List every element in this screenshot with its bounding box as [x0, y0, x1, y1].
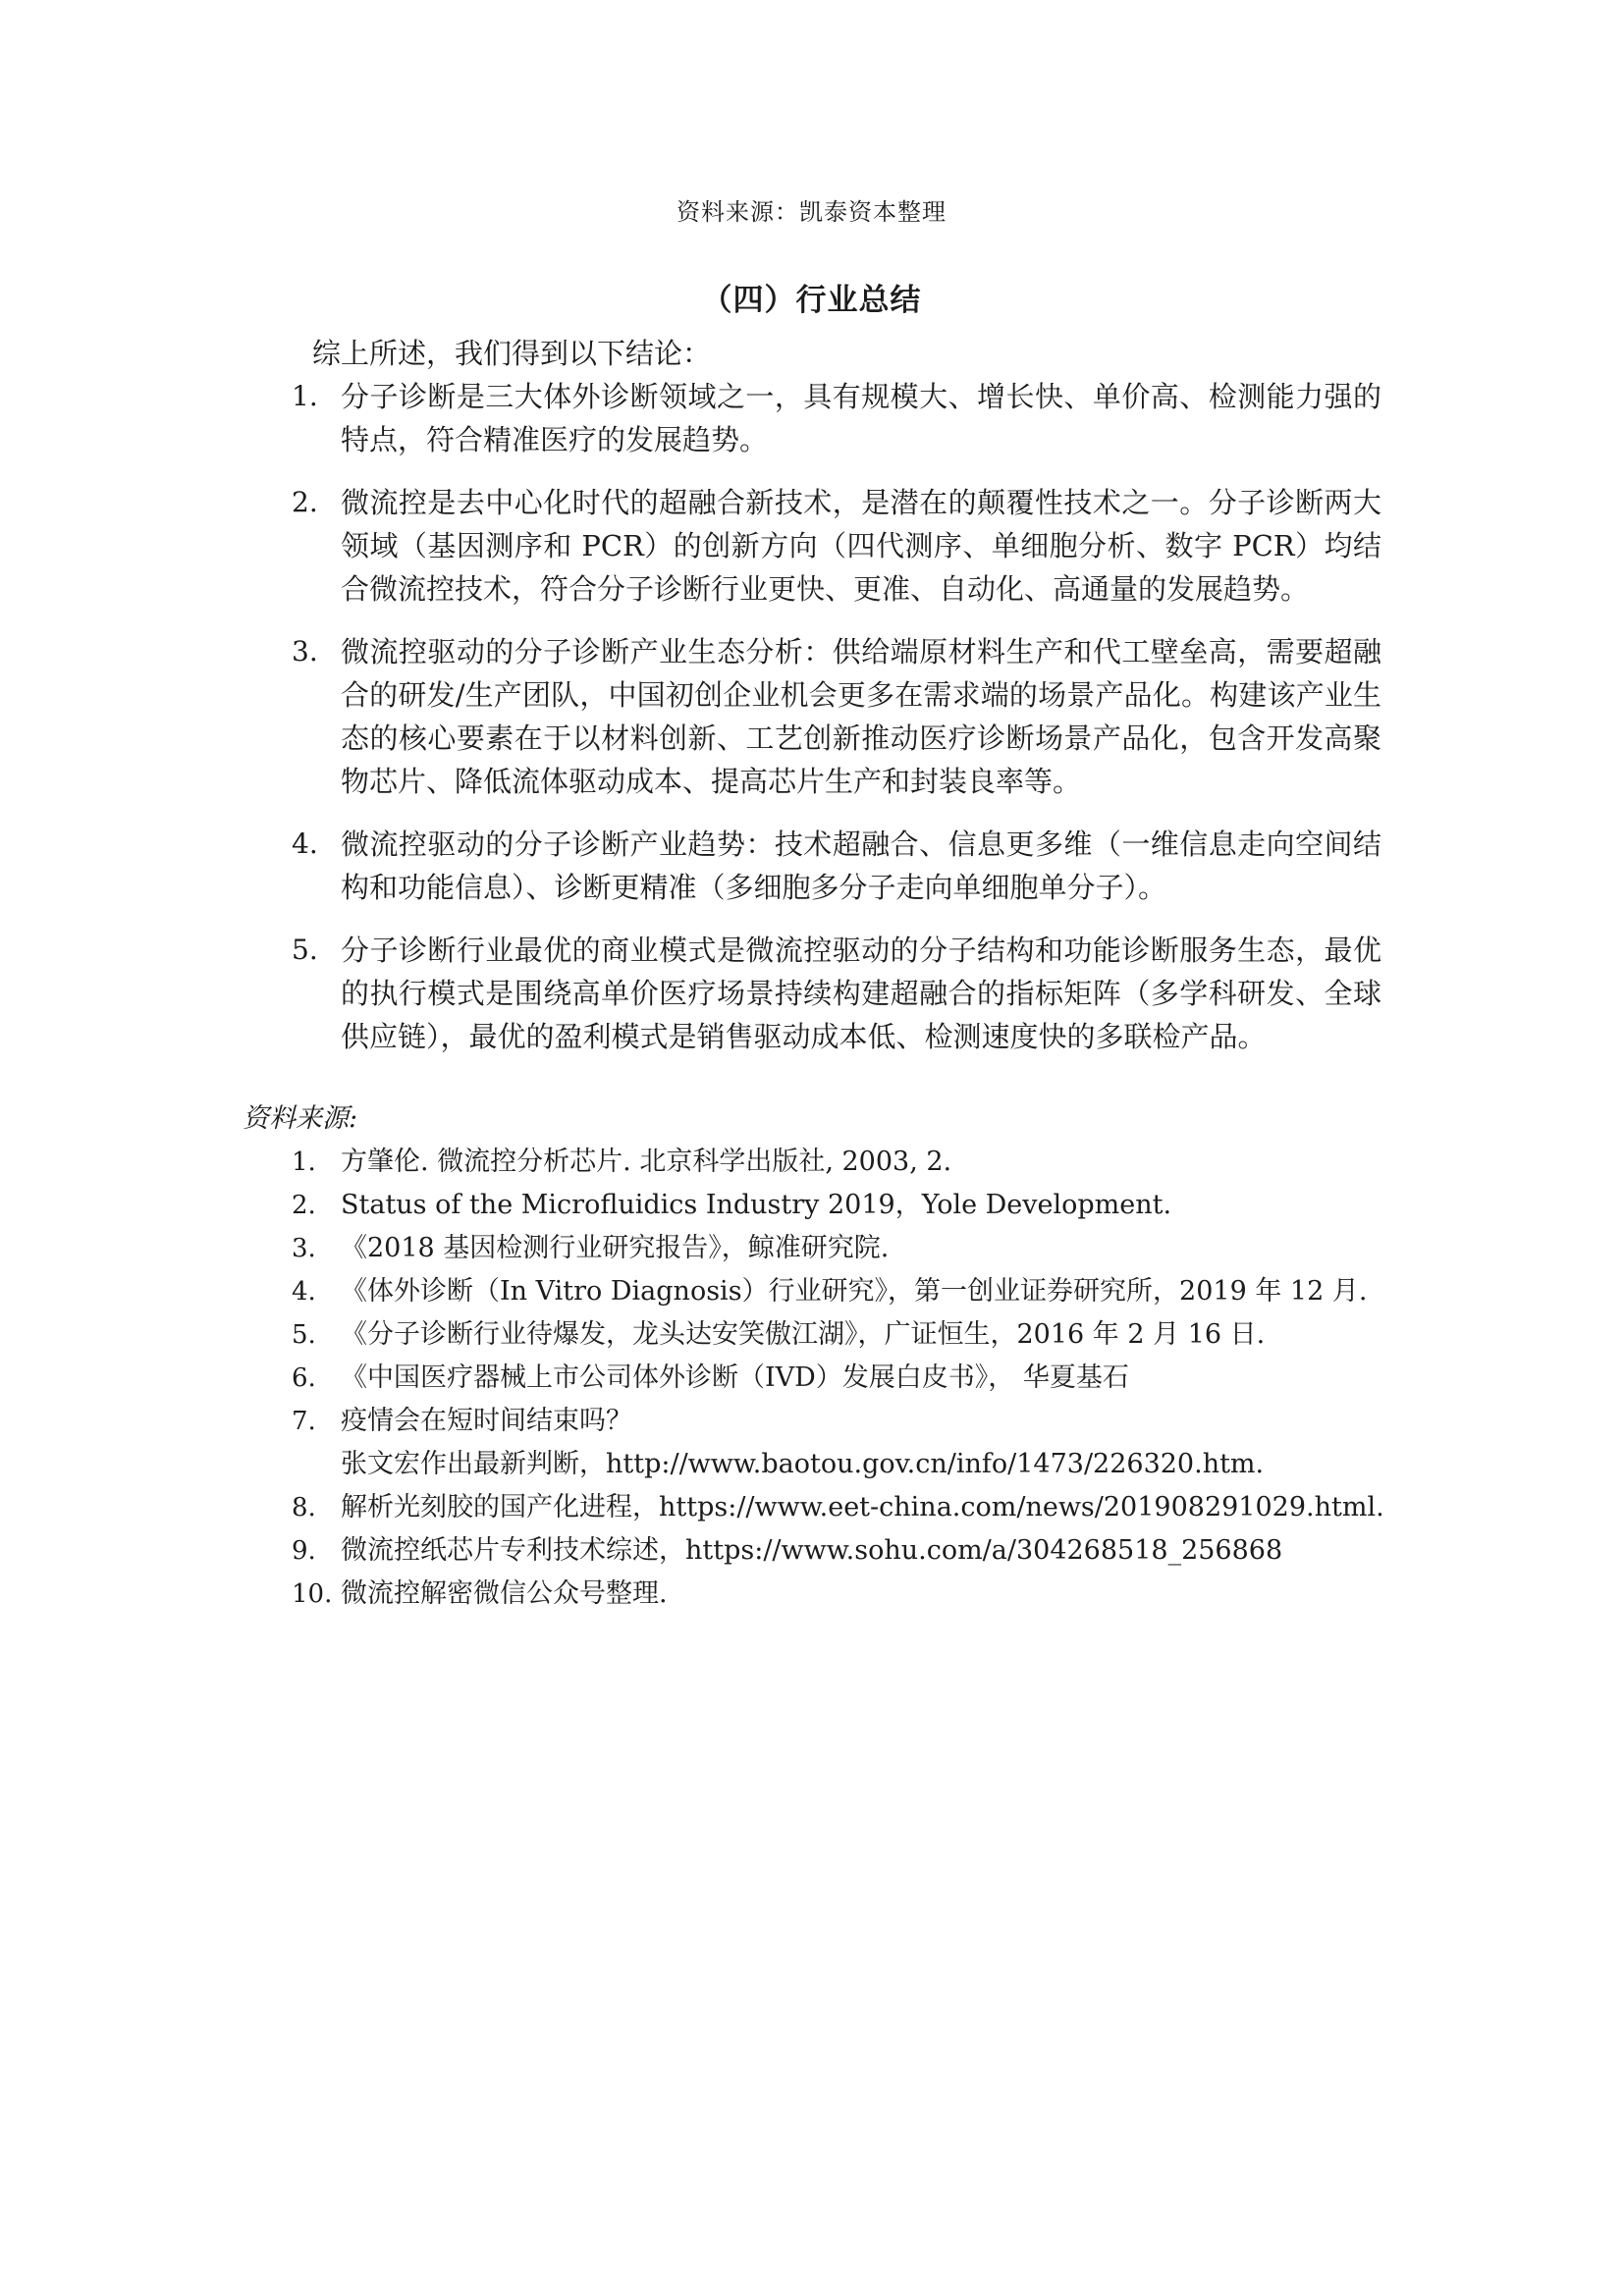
text-block: 资料来源：凯泰资本整理 （四）行业总结 综上所述，我们得到以下结论： 1. 分子… [0, 0, 1624, 1616]
intro-paragraph: 综上所述，我们得到以下结论： [229, 332, 1394, 375]
reference-item-1: 1. 方肇伦. 微流控分析芯片. 北京科学出版社, 2003, 2. [229, 1141, 1394, 1184]
reference-list: 1. 方肇伦. 微流控分析芯片. 北京科学出版社, 2003, 2. 2. St… [229, 1141, 1394, 1616]
list-number: 1. [292, 1141, 316, 1184]
list-number: 3. [292, 630, 318, 673]
reference-item-8: 8. 解析光刻胶的国产化进程，https://www.eet-china.com… [229, 1486, 1394, 1529]
conclusion-text: 分子诊断行业最优的商业模式是微流控驱动的分子结构和功能诊断服务生态，最优的执行模… [341, 929, 1381, 1058]
reference-item-2: 2. Status of the Microfluidics Industry … [229, 1184, 1394, 1227]
conclusion-text: 微流控是去中心化时代的超融合新技术，是潜在的颠覆性技术之一。分子诊断两大领域（基… [341, 481, 1381, 611]
list-number: 2. [292, 1184, 316, 1227]
list-number: 5. [292, 929, 318, 972]
reference-item-10: 10. 微流控解密微信公众号整理. [229, 1573, 1394, 1616]
reference-text: 解析光刻胶的国产化进程，https://www.eet-china.com/ne… [341, 1486, 1394, 1529]
reference-text: 疫情会在短时间结束吗？ [341, 1400, 1394, 1443]
list-number: 3. [292, 1227, 316, 1270]
conclusion-item-2: 2. 微流控是去中心化时代的超融合新技术，是潜在的颠覆性技术之一。分子诊断两大领… [229, 481, 1394, 611]
list-number: 6. [292, 1357, 316, 1400]
reference-text: 方肇伦. 微流控分析芯片. 北京科学出版社, 2003, 2. [341, 1141, 1394, 1184]
list-number: 10. [292, 1573, 332, 1616]
reference-item-5: 5. 《分子诊断行业待爆发，龙头达安笑傲江湖》，广证恒生，2016 年 2 月 … [229, 1313, 1394, 1357]
conclusion-list: 1. 分子诊断是三大体外诊断领域之一，具有规模大、增长快、单价高、检测能力强的特… [229, 375, 1394, 1058]
section-heading: （四）行业总结 [229, 277, 1394, 324]
reference-text: 《2018 基因检测行业研究报告》，鲸准研究院. [341, 1227, 1394, 1270]
document-page: 资料来源：凯泰资本整理 （四）行业总结 综上所述，我们得到以下结论： 1. 分子… [0, 0, 1624, 2296]
list-number: 2. [292, 481, 318, 524]
figure-source-caption: 资料来源：凯泰资本整理 [229, 192, 1394, 232]
list-number: 5. [292, 1313, 316, 1357]
reference-url: 张文宏作出最新判断，http://www.baotou.gov.cn/info/… [341, 1443, 1394, 1486]
reference-text: 微流控解密微信公众号整理. [341, 1573, 1394, 1616]
references-label: 资料来源: [243, 1097, 1394, 1141]
conclusion-item-4: 4. 微流控驱动的分子诊断产业趋势：技术超融合、信息更多维（一维信息走向空间结构… [229, 823, 1394, 909]
conclusion-item-5: 5. 分子诊断行业最优的商业模式是微流控驱动的分子结构和功能诊断服务生态，最优的… [229, 929, 1394, 1058]
list-number: 4. [292, 1270, 316, 1313]
list-number: 7. [292, 1400, 316, 1443]
reference-item-9: 9. 微流控纸芯片专利技术综述，https://www.sohu.com/a/3… [229, 1529, 1394, 1573]
reference-text: 《分子诊断行业待爆发，龙头达安笑傲江湖》，广证恒生，2016 年 2 月 16 … [341, 1313, 1394, 1357]
conclusion-text: 分子诊断是三大体外诊断领域之一，具有规模大、增长快、单价高、检测能力强的特点，符… [341, 375, 1381, 461]
reference-text: Status of the Microfluidics Industry 201… [341, 1184, 1394, 1227]
reference-text: 《中国医疗器械上市公司体外诊断（IVD）发展白皮书》， 华夏基石 [341, 1357, 1394, 1400]
list-number: 1. [292, 375, 318, 418]
list-number: 4. [292, 823, 318, 866]
conclusion-text: 微流控驱动的分子诊断产业生态分析：供给端原材料生产和代工壁垒高，需要超融合的研发… [341, 630, 1381, 803]
conclusion-item-1: 1. 分子诊断是三大体外诊断领域之一，具有规模大、增长快、单价高、检测能力强的特… [229, 375, 1394, 461]
list-number: 8. [292, 1486, 316, 1529]
conclusion-text: 微流控驱动的分子诊断产业趋势：技术超融合、信息更多维（一维信息走向空间结构和功能… [341, 823, 1381, 909]
conclusion-item-3: 3. 微流控驱动的分子诊断产业生态分析：供给端原材料生产和代工壁垒高，需要超融合… [229, 630, 1394, 803]
reference-text: 微流控纸芯片专利技术综述，https://www.sohu.com/a/3042… [341, 1529, 1394, 1573]
reference-item-4: 4. 《体外诊断（In Vitro Diagnosis）行业研究》，第一创业证券… [229, 1270, 1394, 1313]
reference-item-7: 7. 疫情会在短时间结束吗？ 张文宏作出最新判断，http://www.baot… [229, 1400, 1394, 1486]
reference-item-3: 3. 《2018 基因检测行业研究报告》，鲸准研究院. [229, 1227, 1394, 1270]
list-number: 9. [292, 1529, 316, 1573]
reference-item-6: 6. 《中国医疗器械上市公司体外诊断（IVD）发展白皮书》， 华夏基石 [229, 1357, 1394, 1400]
reference-text: 《体外诊断（In Vitro Diagnosis）行业研究》，第一创业证券研究所… [341, 1270, 1394, 1313]
